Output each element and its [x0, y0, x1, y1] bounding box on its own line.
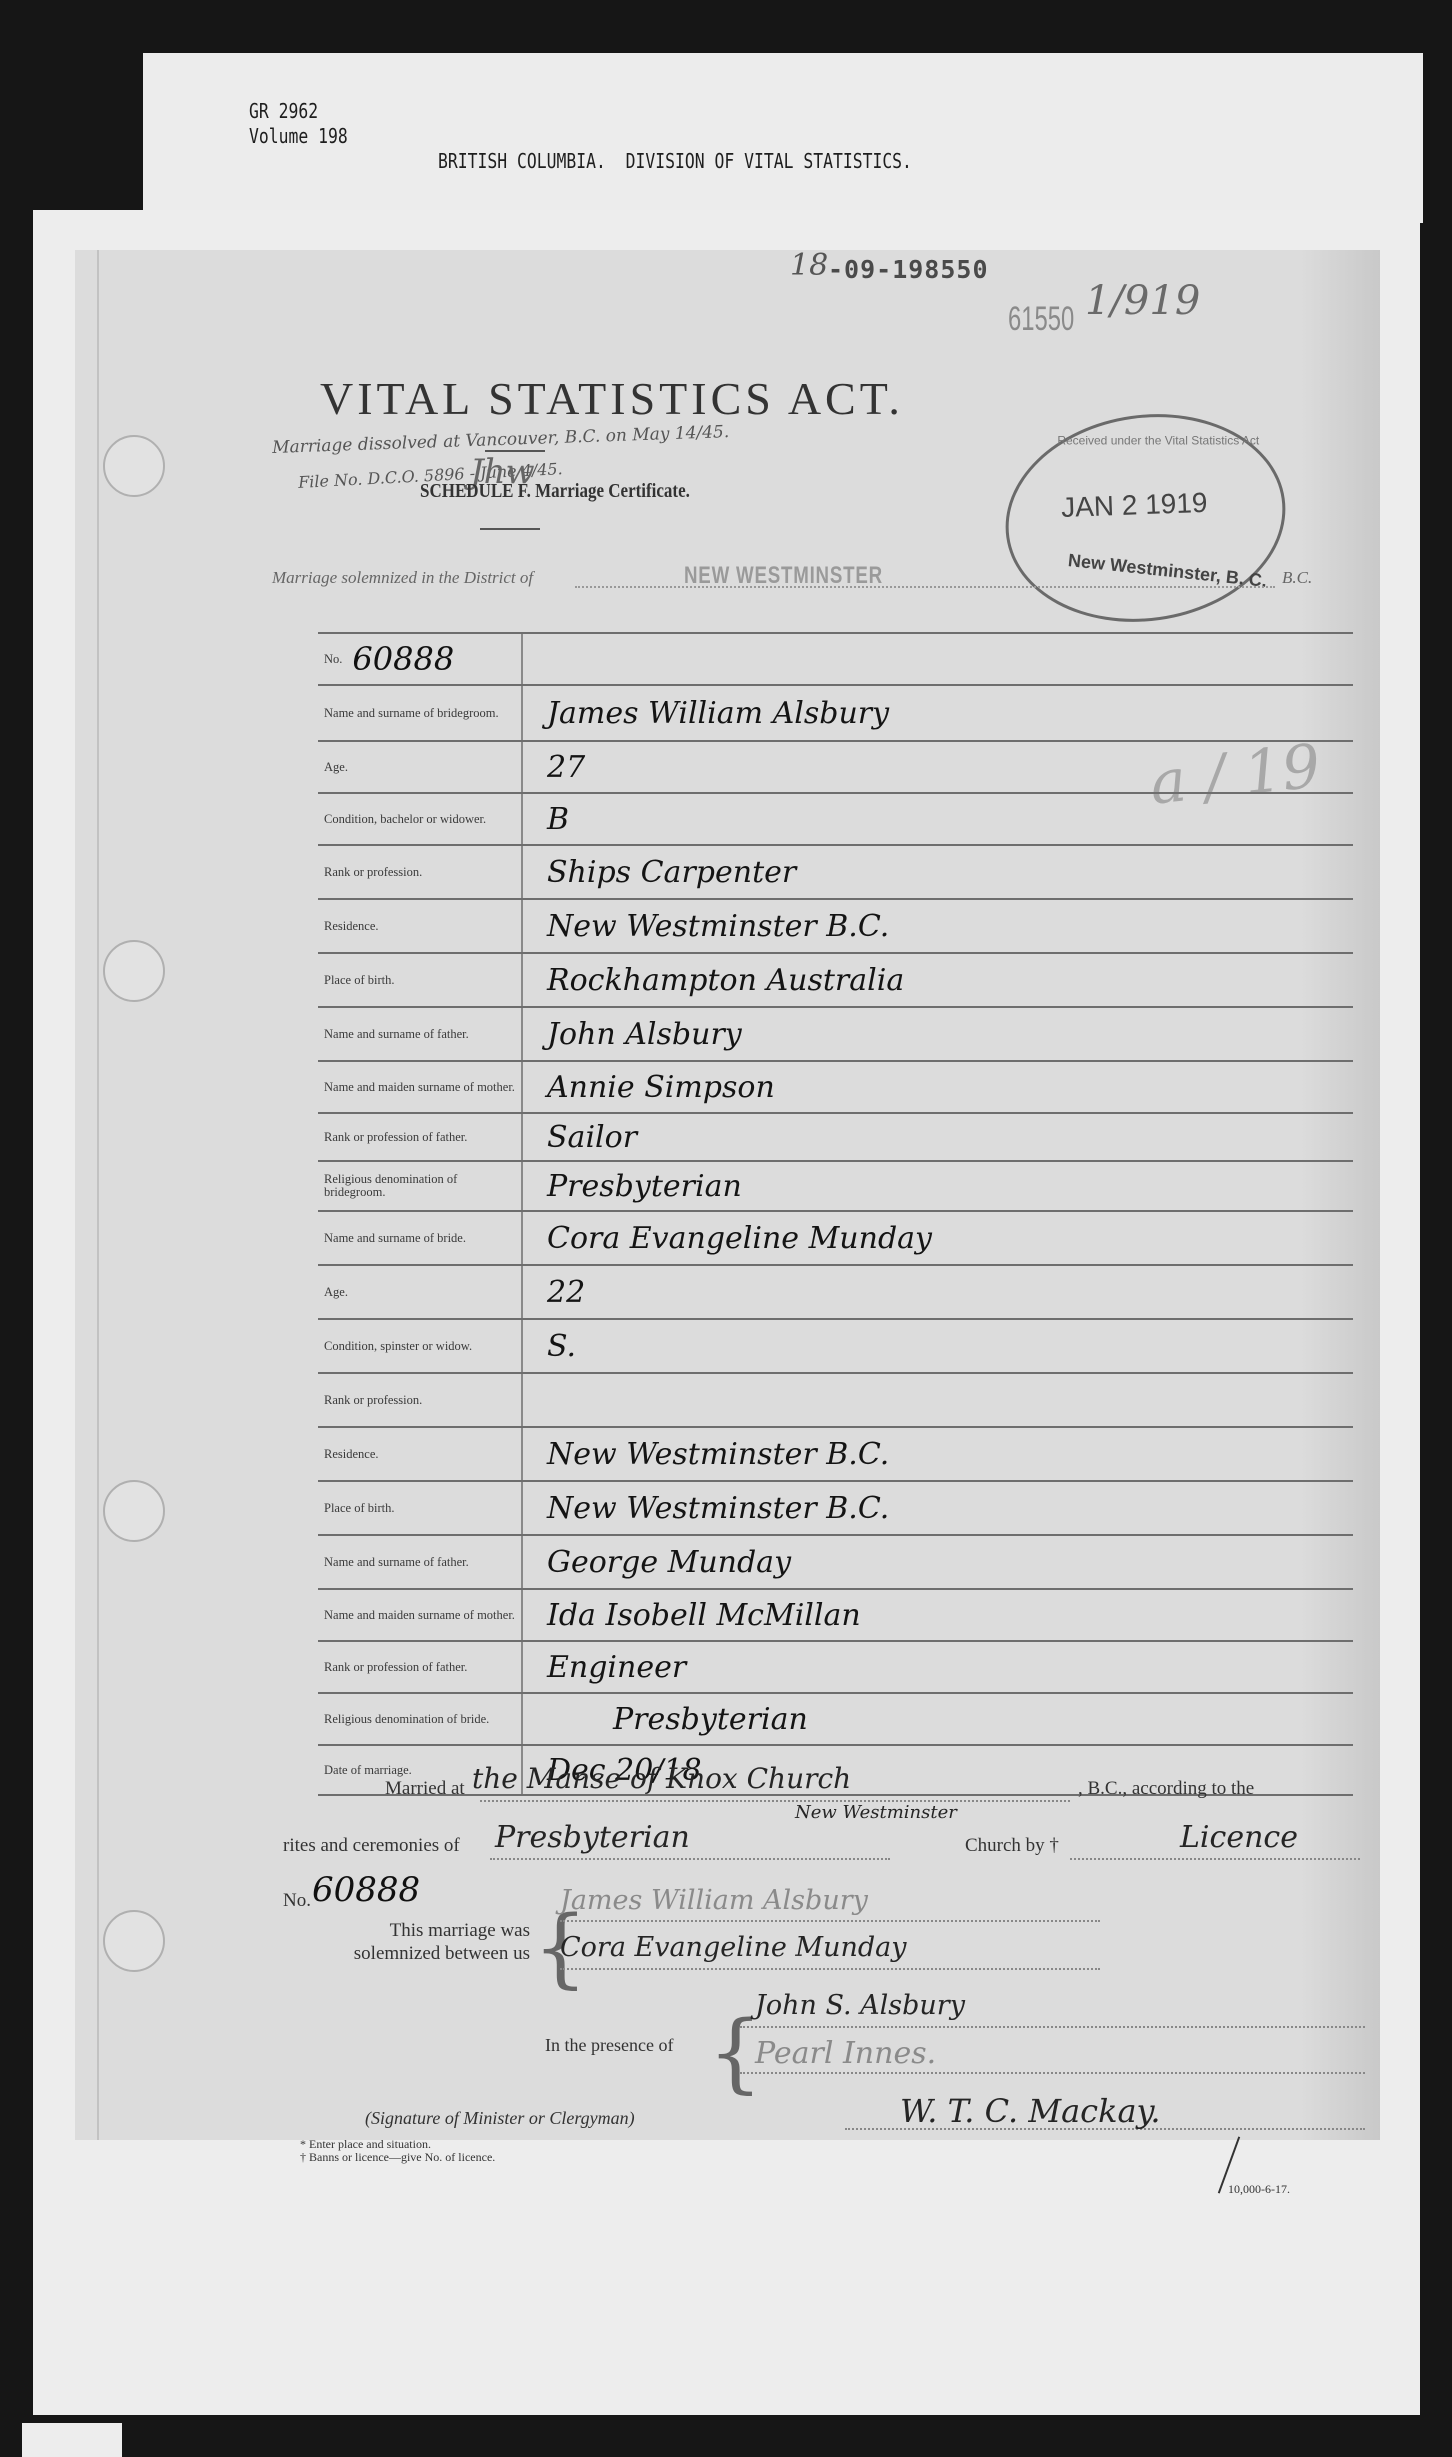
form-row: Religious denomination of bride.Presbyte…	[318, 1692, 1353, 1744]
form-row: Name and surname of father.George Munday	[318, 1534, 1353, 1588]
form-label: Condition, bachelor or widower.	[318, 794, 523, 844]
church-by-label: Church by †	[965, 1835, 1059, 1857]
form-label: Rank or profession.	[318, 846, 523, 898]
form-row: Name and surname of father.John Alsbury	[318, 1006, 1353, 1060]
form-value	[523, 634, 1353, 684]
stamp-number: -09-198550	[828, 255, 989, 284]
form-value: New Westminster B.C.	[523, 1428, 1353, 1480]
rites-label: rites and ceremonies of	[283, 1835, 460, 1857]
form-label: Place of birth.	[318, 954, 523, 1006]
form-row: Name and surname of bridegroom.James Wil…	[318, 684, 1353, 740]
no-label: No.	[283, 1890, 311, 1912]
church-by-value: Licence	[1180, 1820, 1298, 1855]
form-row: Residence.New Westminster B.C.	[318, 1426, 1353, 1480]
rites-value: Presbyterian	[495, 1820, 690, 1855]
form-label: Religious denomination of bridegroom.	[318, 1162, 523, 1210]
party-2-line	[560, 1968, 1100, 1970]
form-label: Condition, spinster or widow.	[318, 1320, 523, 1372]
form-value: Sailor	[523, 1114, 1353, 1160]
city-note: New Westminster	[795, 1802, 957, 1823]
witness-1-signature: John S. Alsbury	[755, 1990, 965, 2021]
form-row: Age.22	[318, 1264, 1353, 1318]
witness-1-line	[740, 2026, 1365, 2028]
witness-2-line	[740, 2072, 1365, 2074]
form-label: Name and surname of father.	[318, 1008, 523, 1060]
punch-hole-icon	[103, 1480, 165, 1542]
form-row: Age.27	[318, 740, 1353, 792]
marriage-registration-form: No. 60888 Name and surname of bridegroom…	[318, 632, 1353, 1796]
form-label: Residence.	[318, 1428, 523, 1480]
number-value: 60888	[352, 653, 454, 666]
pencil-year-note: 1/919	[1085, 278, 1200, 324]
form-label: Name and surname of bridegroom.	[318, 686, 523, 740]
form-row: Religious denomination of bridegroom.Pre…	[318, 1160, 1353, 1210]
form-label: No. 60888	[318, 634, 523, 684]
form-row: Residence.New Westminster B.C.	[318, 898, 1353, 952]
footnotes: * Enter place and situation. † Banns or …	[300, 2138, 495, 2164]
married-at-label: Married at	[385, 1778, 465, 1800]
form-row: Condition, bachelor or widower.B	[318, 792, 1353, 844]
form-label: Name and maiden surname of mother.	[318, 1590, 523, 1640]
married-at-suffix: , B.C., according to the	[1078, 1778, 1254, 1800]
form-value: George Munday	[523, 1536, 1353, 1588]
archive-label-left: GR 2962 Volume 198	[249, 99, 348, 149]
minister-signature: W. T. C. Mackay.	[900, 2092, 1161, 2130]
form-label: Rank or profession.	[318, 1374, 523, 1426]
party-1-signature: James William Alsbury	[560, 1885, 868, 1916]
form-label: Residence.	[318, 900, 523, 952]
form-value: New Westminster B.C.	[523, 900, 1353, 952]
form-label: Rank or profession of father.	[318, 1642, 523, 1692]
form-value: James William Alsbury	[523, 686, 1353, 740]
form-row: Name and maiden surname of mother.Annie …	[318, 1060, 1353, 1112]
form-row: Place of birth.New Westminster B.C.	[318, 1480, 1353, 1534]
registration-number: 61550	[1008, 300, 1074, 339]
schedule-heading: SCHEDULE F. Marriage Certificate.	[420, 480, 690, 503]
archive-label-card: GR 2962 Volume 198 BRITISH COLUMBIA. DIV…	[143, 53, 1423, 223]
minister-label: (Signature of Minister or Clergyman)	[365, 2108, 635, 2129]
married-at-value: the Manse of Knox Church	[472, 1762, 851, 1795]
form-value: Cora Evangeline Munday	[523, 1212, 1353, 1264]
number-label: No.	[324, 653, 342, 666]
form-value: Engineer	[523, 1642, 1353, 1692]
form-value: Ships Carpenter	[523, 846, 1353, 898]
married-at-line	[480, 1800, 1070, 1802]
form-value: Annie Simpson	[523, 1062, 1353, 1112]
form-value: John Alsbury	[523, 1008, 1353, 1060]
stamp-top-text: Received under the Vital Statistics Act	[1057, 433, 1259, 447]
form-value: Ida Isobell McMillan	[523, 1590, 1353, 1640]
party-2-signature: Cora Evangeline Munday	[560, 1932, 907, 1963]
form-label: Name and surname of bride.	[318, 1212, 523, 1264]
document-title: VITAL STATISTICS ACT.	[320, 372, 904, 425]
form-value: 22	[523, 1266, 1353, 1318]
witness-2-signature: Pearl Innes.	[755, 2036, 936, 2071]
form-value: Presbyterian	[523, 1694, 1353, 1744]
solemnized-label-2: solemnized between us	[290, 1943, 530, 1965]
district-label: Marriage solemnized in the District of	[272, 568, 533, 588]
agency-name: BRITISH COLUMBIA. DIVISION OF VITAL STAT…	[438, 149, 912, 174]
stamp-number-prefix: 18	[790, 248, 828, 283]
punch-hole-icon	[103, 940, 165, 1002]
target-tab	[22, 2423, 122, 2457]
party-1-line	[560, 1920, 1100, 1922]
form-value: S.	[523, 1320, 1353, 1372]
form-value: Rockhampton Australia	[523, 954, 1353, 1006]
district-value: NEW WESTMINSTER	[684, 562, 883, 590]
solemnized-label-1: This marriage was	[330, 1920, 530, 1942]
form-value	[523, 1374, 1353, 1426]
form-row: Rank or profession of father.Engineer	[318, 1640, 1353, 1692]
series-number: GR 2962	[249, 99, 348, 124]
form-label: Name and surname of father.	[318, 1536, 523, 1588]
form-row: Place of birth.Rockhampton Australia	[318, 952, 1353, 1006]
form-label: Religious denomination of bride.	[318, 1694, 523, 1744]
form-row: Name and maiden surname of mother.Ida Is…	[318, 1588, 1353, 1640]
form-row: Rank or profession.	[318, 1372, 1353, 1426]
district-suffix: B.C.	[1282, 568, 1312, 588]
form-row: Rank or profession of father.Sailor	[318, 1112, 1353, 1160]
district-dotted-line	[575, 586, 1275, 588]
stamp-date: JAN 2 1919	[1061, 487, 1208, 524]
form-label: Age.	[318, 1266, 523, 1318]
form-row: Condition, spinster or widow.S.	[318, 1318, 1353, 1372]
ornament-rule	[480, 528, 540, 530]
binding-line	[97, 250, 99, 2140]
form-row: Rank or profession.Ships Carpenter	[318, 844, 1353, 898]
form-value: 27	[523, 742, 1353, 792]
form-row: Name and surname of bride.Cora Evangelin…	[318, 1210, 1353, 1264]
no-value: 60888	[312, 1870, 420, 1910]
rites-line	[490, 1858, 890, 1860]
presence-label: In the presence of	[545, 2035, 673, 2056]
volume-number: Volume 198	[249, 124, 348, 149]
form-label: Place of birth.	[318, 1482, 523, 1534]
form-label: Name and maiden surname of mother.	[318, 1062, 523, 1112]
form-label: Rank or profession of father.	[318, 1114, 523, 1160]
punch-hole-icon	[103, 435, 165, 497]
form-value: Presbyterian	[523, 1162, 1353, 1210]
footnote-licence: † Banns or licence—give No. of licence.	[300, 2151, 495, 2164]
print-code: 10,000-6-17.	[1228, 2183, 1290, 2196]
form-value: New Westminster B.C.	[523, 1482, 1353, 1534]
punch-hole-icon	[103, 1910, 165, 1972]
church-by-line	[1070, 1858, 1360, 1860]
form-row-number: No. 60888	[318, 632, 1353, 684]
form-label: Age.	[318, 742, 523, 792]
form-value: B	[523, 794, 1353, 844]
